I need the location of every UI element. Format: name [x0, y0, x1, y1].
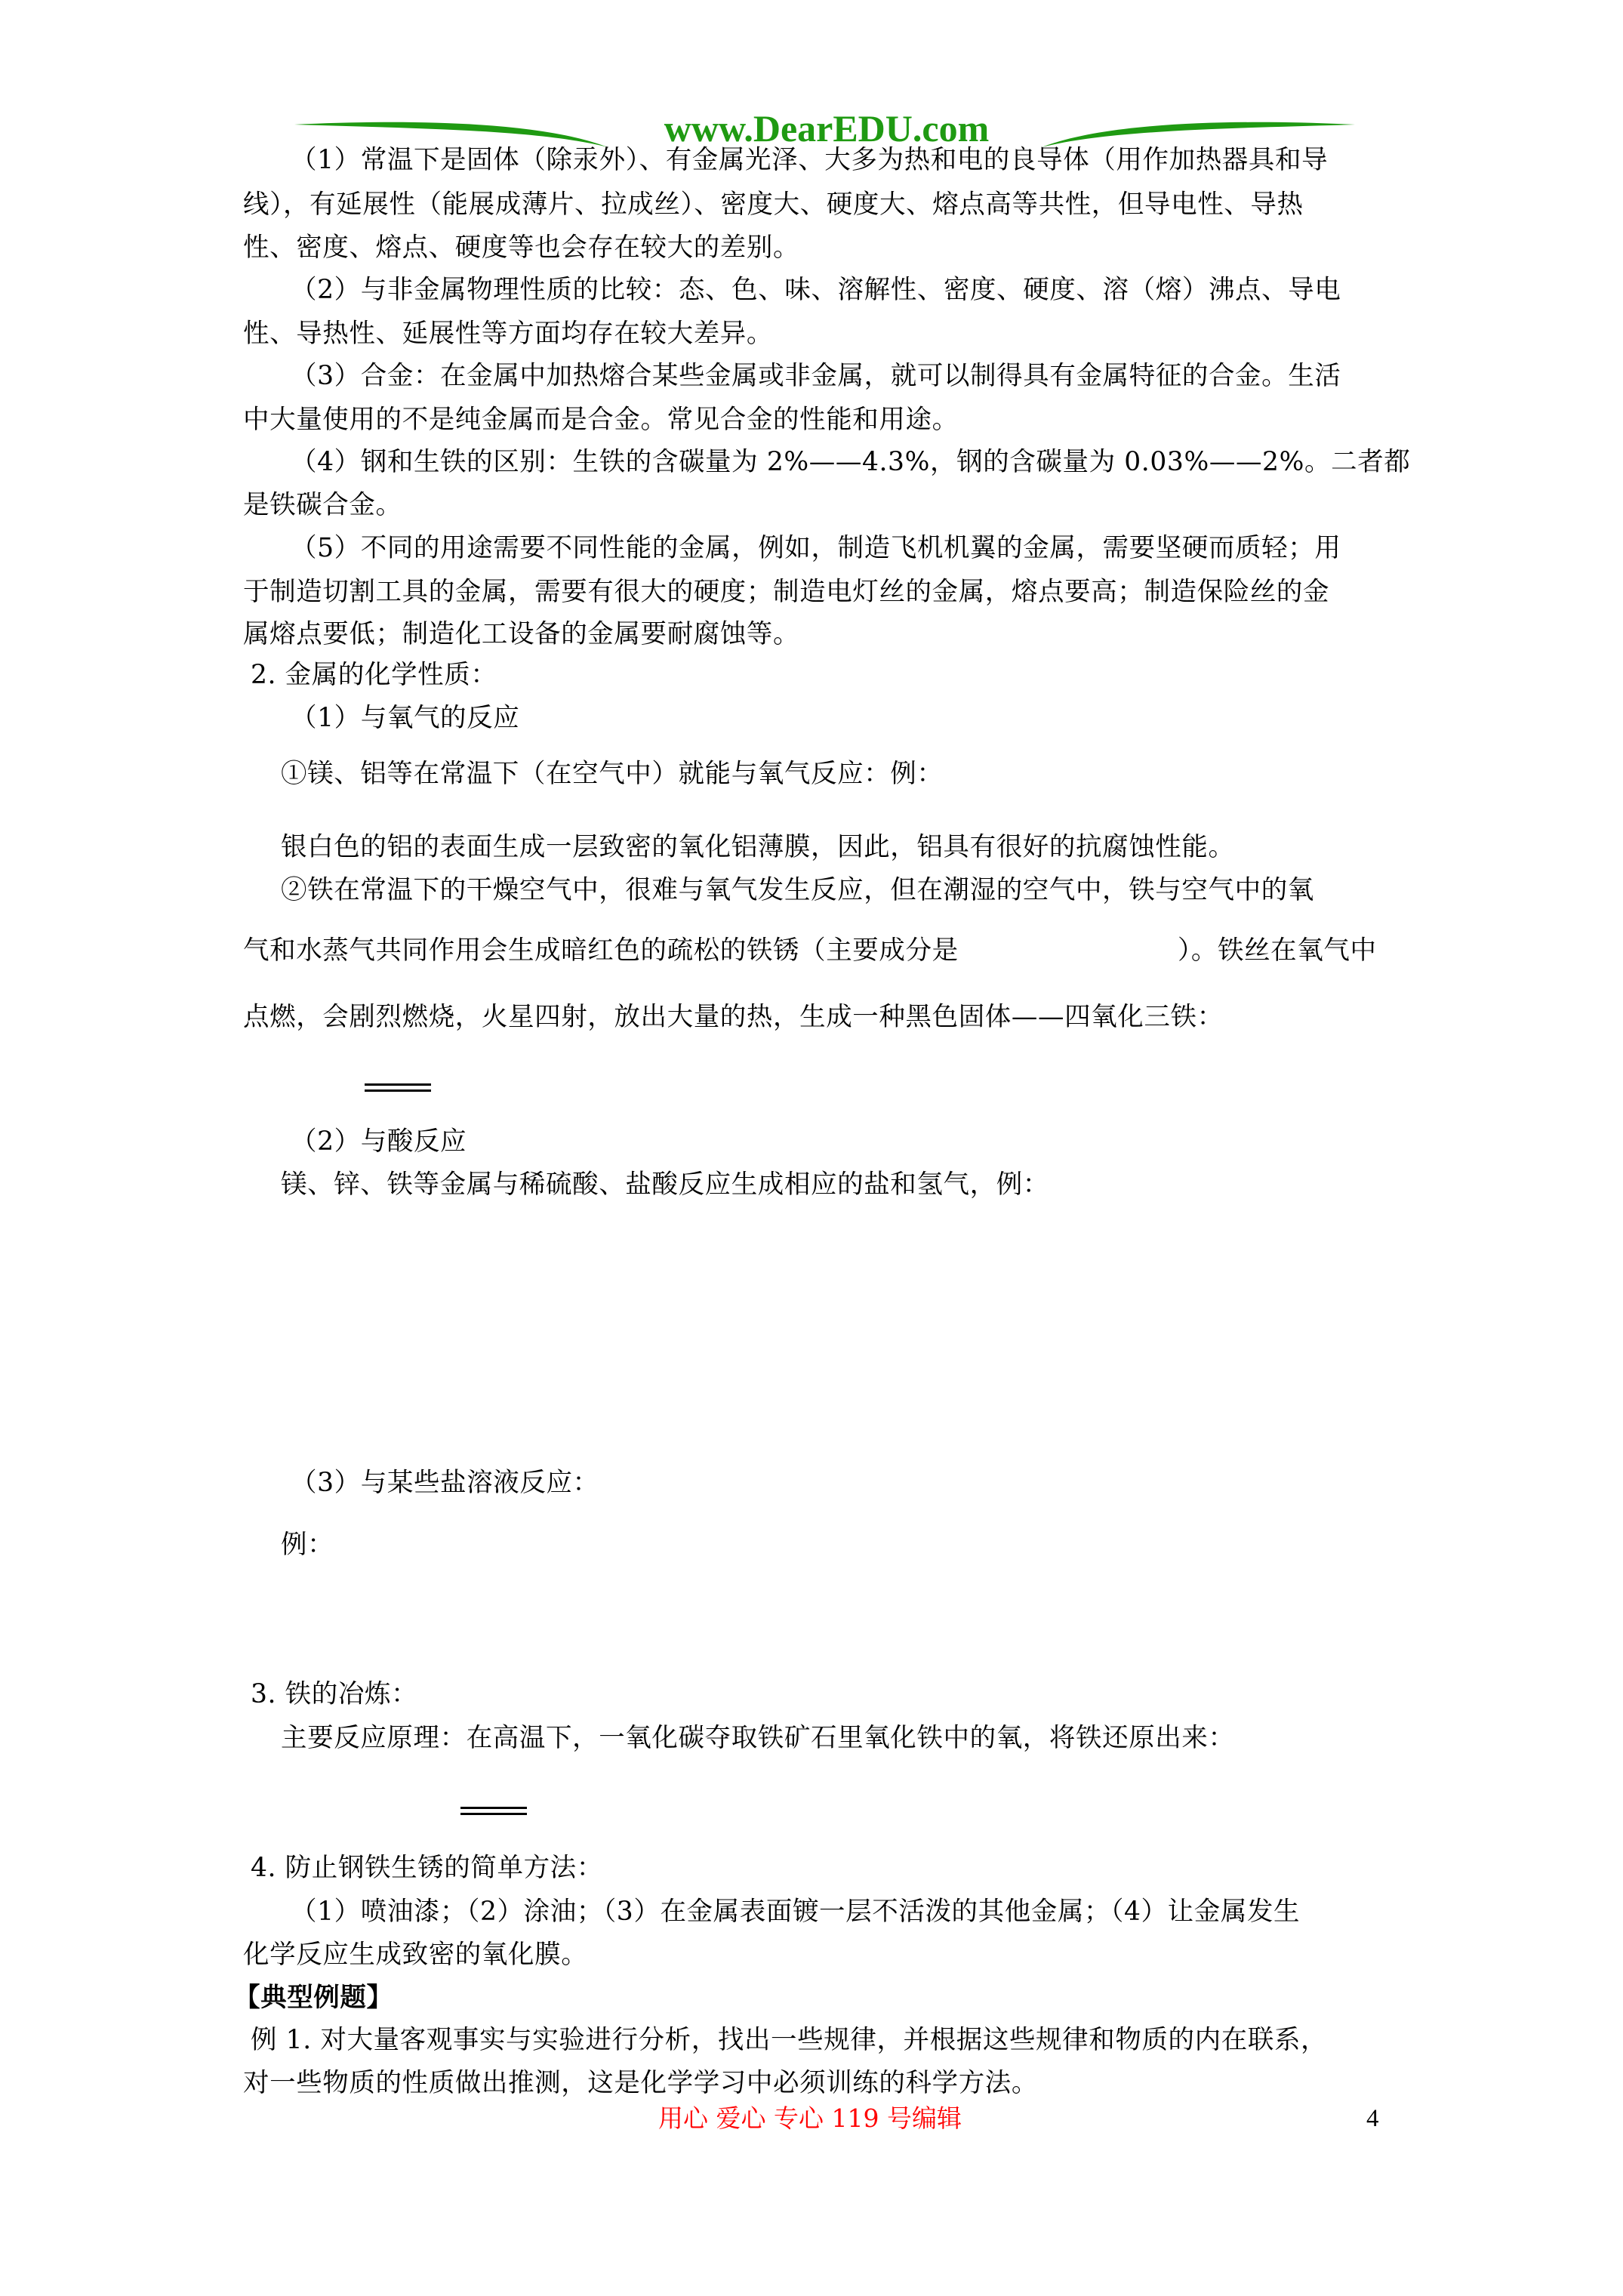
s1-item1-line2: 线），有延展性（能展成薄片、拉成丝）、密度大、硬度大、熔点高等共性，但导电性、导…: [243, 188, 1304, 221]
s1-item4-line1: （4）钢和生铁的区别：生铁的含碳量为 2%——4.3%，钢的含碳量为 0.03%…: [291, 445, 1410, 479]
equation-equals-sign: [365, 1083, 431, 1092]
section2-sub3-title: （3）与某些盐溶液反应：: [291, 1466, 599, 1499]
s1-item3-line2: 中大量使用的不是纯金属而是合金。常见合金的性能和用途。: [243, 403, 959, 436]
section3-p1: 主要反应原理：在高温下，一氧化碳夺取铁矿石里氧化铁中的氧，将铁还原出来：: [281, 1721, 1235, 1755]
s1-item3-line1: （3）合金：在金属中加热熔合某些金属或非金属，就可以制得具有金属特征的合金。生活: [291, 359, 1341, 393]
section2-sub1-p3-line1: ②铁在常温下的干燥空气中，很难与氧气发生反应，但在潮湿的空气中，铁与空气中的氧: [281, 874, 1314, 907]
example1-line2: 对一些物质的性质做出推测，这是化学学习中必须训练的科学方法。: [243, 2066, 1038, 2100]
section2-sub1-p3-line3: 点燃，会剧烈燃烧，火星四射，放出大量的热，生成一种黑色固体——四氧化三铁：: [243, 1000, 1224, 1034]
section3-title: 3. 铁的冶炼：: [251, 1678, 417, 1711]
s1-item5-line1: （5）不同的用途需要不同性能的金属，例如，制造飞机机翼的金属，需要坚硬而质轻；用: [291, 532, 1341, 565]
section2-title: 2. 金属的化学性质：: [251, 658, 497, 692]
section2-sub1-p2: 银白色的铝的表面生成一层致密的氧化铝薄膜，因此，铝具有很好的抗腐蚀性能。: [281, 831, 1235, 864]
s1-item4-line2: 是铁碳合金。: [243, 488, 402, 522]
section2-sub3-p1: 例：: [281, 1528, 334, 1561]
examples-heading: 【典型例题】: [234, 1981, 393, 2014]
section2-sub2-p1: 镁、锌、铁等金属与稀硫酸、盐酸反应生成相应的盐和氢气，例：: [281, 1168, 1049, 1201]
section4-line1: （1）喷油漆；（2）涂油；（3）在金属表面镀一层不活泼的其他金属；（4）让金属发…: [291, 1895, 1300, 1928]
section2-sub2-title: （2）与酸反应: [291, 1125, 467, 1158]
section2-sub1-p1: ①镁、铝等在常温下（在空气中）就能与氧气反应：例：: [281, 757, 944, 791]
equation-equals-sign-2: [460, 1807, 527, 1815]
example1-line1: 例 1. 对大量客观事实与实验进行分析，找出一些规律，并根据这些规律和物质的内在…: [251, 2023, 1327, 2057]
footer-slogan: 用心 爱心 专心 119 号编辑: [658, 2102, 962, 2135]
s1-item2-line2: 性、导热性、延展性等方面均存在较大差异。: [243, 317, 773, 350]
s1-item5-line3: 属熔点要低；制造化工设备的金属要耐腐蚀等。: [243, 618, 799, 651]
s1-item2-line1: （2）与非金属物理性质的比较：态、色、味、溶解性、密度、硬度、溶（熔）沸点、导电: [291, 273, 1341, 307]
section2-sub1-p3-line2b: ）。铁丝在氧气中: [1178, 934, 1377, 967]
page-number: 4: [1366, 2102, 1379, 2135]
section2-sub1-title: （1）与氧气的反应: [291, 701, 519, 735]
section2-sub1-p3-line2a: 气和水蒸气共同作用会生成暗红色的疏松的铁锈（主要成分是: [243, 934, 959, 967]
section4-title: 4. 防止钢铁生锈的简单方法：: [251, 1851, 603, 1885]
s1-item5-line2: 于制造切割工具的金属，需要有很大的硬度；制造电灯丝的金属，熔点要高；制造保险丝的…: [243, 575, 1329, 609]
section4-line2: 化学反应生成致密的氧化膜。: [243, 1938, 587, 1971]
s1-item1-line1: （1）常温下是固体（除汞外）、有金属光泽、大多为热和电的良导体（用作加热器具和导: [291, 143, 1328, 177]
s1-item1-line3: 性、密度、熔点、硬度等也会存在较大的差别。: [243, 231, 799, 264]
